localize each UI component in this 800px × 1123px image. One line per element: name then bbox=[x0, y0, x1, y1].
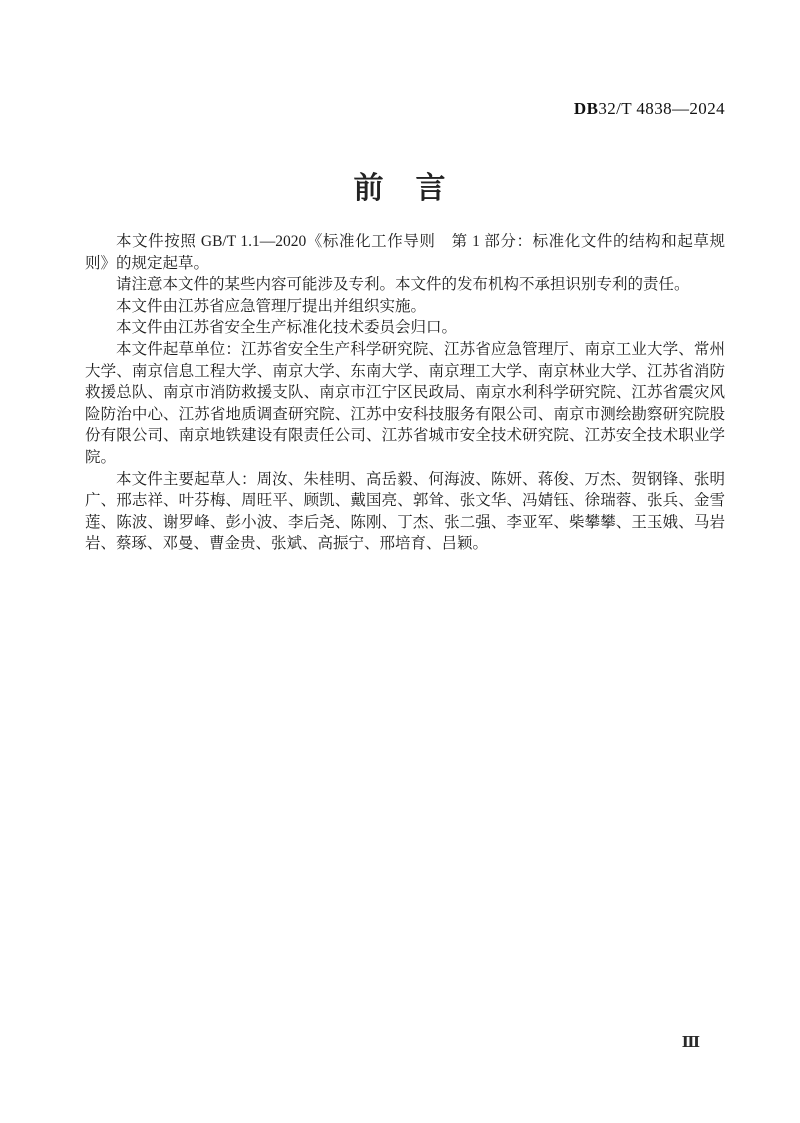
document-code-number: 32/T 4838—2024 bbox=[598, 99, 725, 118]
foreword-paragraph: 本文件起草单位：江苏省安全生产科学研究院、江苏省应急管理厅、南京工业大学、常州大… bbox=[85, 339, 725, 469]
foreword-paragraph: 本文件由江苏省应急管理厅提出并组织实施。 bbox=[85, 296, 725, 318]
page-number: Ⅲ bbox=[682, 1033, 700, 1052]
foreword-paragraph: 请注意本文件的某些内容可能涉及专利。本文件的发布机构不承担识别专利的责任。 bbox=[85, 274, 725, 296]
document-page: DB32/T 4838—2024 前 言 本文件按照 GB/T 1.1—2020… bbox=[0, 0, 800, 1123]
foreword-paragraph: 本文件按照 GB/T 1.1—2020《标准化工作导则 第 1 部分：标准化文件… bbox=[85, 231, 725, 274]
page-title: 前 言 bbox=[0, 163, 800, 207]
document-code: DB32/T 4838—2024 bbox=[574, 99, 725, 119]
foreword-paragraph: 本文件由江苏省安全生产标准化技术委员会归口。 bbox=[85, 317, 725, 339]
document-code-prefix: DB bbox=[574, 99, 598, 118]
foreword-body: 本文件按照 GB/T 1.1—2020《标准化工作导则 第 1 部分：标准化文件… bbox=[85, 231, 725, 555]
foreword-paragraph: 本文件主要起草人：周汝、朱桂明、高岳毅、何海波、陈妍、蒋俊、万杰、贺钢锋、张明广… bbox=[85, 469, 725, 555]
